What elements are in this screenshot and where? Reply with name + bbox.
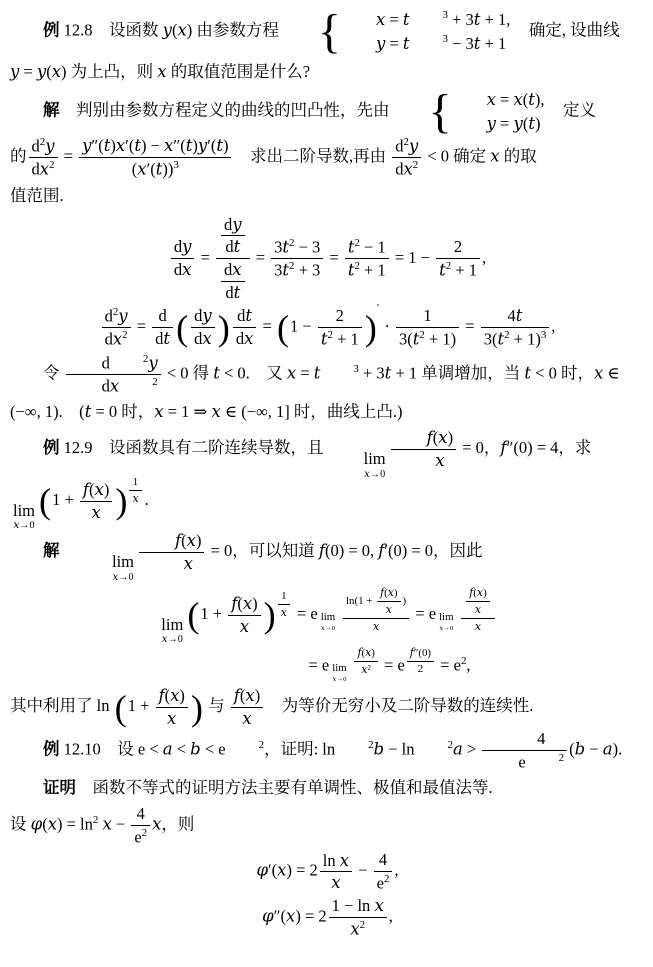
fraction: f(x)x [228, 594, 260, 637]
fraction: 13(t2 + 1) [396, 306, 459, 349]
denominator: 3t2 + 3 [271, 259, 323, 280]
math-variable: t [234, 237, 241, 256]
paragraph: 令 d2ydx2 < 0 得 t < 0. 又 x = t3 + 3t + 1 … [10, 353, 645, 429]
math-variable: t [474, 34, 481, 53]
math-variable: x [477, 586, 483, 599]
fraction: 1x [129, 476, 141, 506]
superscript: 2 [461, 655, 466, 668]
math-variable: y [409, 136, 418, 155]
math-variable: φ [31, 815, 43, 834]
math-variable: x [40, 160, 49, 179]
limit-operator: limx→0 [332, 663, 347, 684]
lim-word: lim [332, 663, 347, 674]
math-variable: f [378, 542, 384, 561]
fraction: f(x)x [231, 686, 263, 729]
numerator: 2 [318, 306, 362, 328]
text-line: y = y(x) 为上凸，则 x 的取值范围是什么? [10, 56, 645, 88]
paragraph: 解 limx→0f(x)x = 0，可以知道 f(0) = 0, f′(0) =… [10, 531, 645, 583]
denominator: dx [171, 259, 195, 280]
fraction: 1x [278, 590, 290, 620]
formula-line: dydx = dydtdxdt = 3t2 − 33t2 + 3 = t2 − … [10, 215, 645, 303]
math-variable: b [575, 739, 586, 758]
numerator: f(x) [80, 480, 112, 502]
fraction: t2 − 1t2 + 1 [345, 237, 389, 281]
denominator: 3(t2 + 1) [396, 328, 459, 349]
denominator: x [377, 602, 400, 617]
paragraph: 证明 函数不等式的证明方法主要有单调性、极值和最值法等.设 φ(x) = ln2… [10, 772, 645, 847]
denominator: dx2 [102, 328, 131, 349]
lim-word: lim [79, 554, 134, 571]
fraction: 4t3(t2 + 1)3 [481, 306, 550, 349]
math-variable: y [198, 136, 207, 155]
fraction: f(x)x [139, 531, 204, 574]
numerator: f(x)x [461, 586, 494, 619]
fraction: 2t2 + 1 [318, 306, 362, 349]
math-variable: y [513, 114, 522, 133]
denominator: e2 [131, 826, 150, 847]
cases-row: y = y(t) [454, 112, 545, 136]
math-variable: x [182, 260, 191, 279]
math-variable: x [154, 402, 163, 421]
math-variable: x [386, 603, 392, 616]
math-variable: φ [262, 907, 274, 926]
math-variable: x [245, 686, 254, 705]
math-variable: x [374, 896, 383, 915]
superscript: 2 [93, 814, 98, 827]
math-variable: x [403, 160, 412, 179]
fraction: y″(t)x′(t) − x″(t)y′(t)(x′(t))3 [79, 136, 231, 179]
numerator: 4t [481, 306, 550, 328]
numerator: f(x) [228, 594, 260, 616]
numerator: 1 [396, 306, 459, 328]
lim-word: lim [331, 451, 386, 468]
denominator: x [231, 708, 263, 729]
lim-word: lim [321, 612, 336, 623]
math-variable: x [152, 815, 161, 834]
superscript: 2 [119, 376, 157, 389]
formula-line: φ″(x) = 21 − ln xx2, [10, 896, 645, 939]
cases-group: {x = t3 + 3t + 1,y = t3 − 3t + 1 [285, 8, 510, 56]
math-variable: f [319, 542, 325, 561]
cases-row: x = x(t), [454, 88, 545, 112]
text-line: 设 φ(x) = ln2 x − 4e2x，则 [10, 804, 645, 847]
math-variable: y [10, 62, 19, 81]
math-variable: y [182, 237, 191, 256]
paren-group: (1 + f(x)x)1x [39, 480, 144, 523]
math-variable: y [487, 114, 496, 133]
math-variable: x [376, 10, 385, 29]
math-variable: x [110, 376, 119, 395]
superscript: 2 [419, 329, 424, 342]
math-variable: x [439, 624, 443, 632]
fraction: dxdt [221, 260, 245, 303]
numerator: f(x) [156, 686, 188, 708]
fraction: f(x)x [156, 686, 188, 729]
math-variable: t [186, 136, 193, 155]
math-variable: b [190, 739, 201, 758]
denominator: dt [152, 328, 173, 349]
fraction: d2ydx2 [392, 136, 421, 180]
numerator: ln(1 + f(x)x) [343, 586, 409, 619]
math-variable: x [48, 815, 57, 834]
fraction: dydt [221, 215, 245, 258]
denominator: dt [221, 236, 245, 257]
denominator: t2 + 1 [345, 259, 389, 280]
denominator: t2 + 1 [318, 328, 362, 349]
fraction: f″(0)2 [407, 646, 434, 676]
fraction: d2ydx2 [102, 306, 131, 350]
math-variable: x [102, 815, 111, 834]
math-variable: t [403, 34, 410, 53]
fraction: 4e2 [374, 850, 393, 893]
math-variable: x [331, 873, 340, 892]
numerator: d2y [29, 136, 58, 158]
math-variable: x [116, 136, 125, 155]
math-variable: x [350, 920, 359, 939]
math-variable: t [245, 306, 252, 325]
paragraph: 例 12.8 设函数 y(x) 由参数方程 {x = t3 + 3t + 1,y… [10, 8, 645, 88]
numerator: f(x) [231, 686, 263, 708]
fraction: 1 − ln xx2 [329, 896, 387, 939]
bold-label: 解 [43, 102, 60, 120]
text-line: 值范围. [10, 180, 645, 212]
denominator: t2 + 1 [436, 259, 480, 280]
math-variable: x [490, 146, 499, 165]
numerator: dy [171, 237, 195, 259]
superscript: 2 [415, 739, 453, 752]
textbook-page: 例 12.8 设函数 y(x) 由参数方程 {x = t3 + 3t + 1,y… [0, 0, 653, 967]
math-variable: a [603, 739, 613, 758]
math-variable: x [388, 586, 394, 599]
math-variable: t [385, 363, 392, 382]
math-variable: x [243, 594, 252, 613]
denominator: dx2 [392, 158, 421, 179]
math-variable: x [164, 136, 173, 155]
superscript: f″(0)2 [405, 646, 436, 676]
numerator: 4 [374, 850, 393, 872]
fraction: ln xx [320, 851, 352, 894]
math-variable: t [163, 329, 170, 348]
lim-under: x→0 [162, 635, 183, 645]
math-variable: t [216, 136, 223, 155]
math-variable: x [137, 159, 146, 178]
denominator: dx [233, 328, 257, 349]
math-variable: x [184, 554, 193, 573]
text-line: 证明 函数不等式的证明方法主要有单调性、极值和最值法等. [10, 772, 645, 804]
denominator: x [278, 605, 290, 620]
math-variable: f [231, 594, 237, 613]
math-variable: f [380, 586, 384, 599]
text-line: 解 判别由参数方程定义的曲线的凹凸性，先由 {x = x(t),y = y(t)… [10, 88, 645, 136]
math-variable: x [202, 329, 211, 348]
cases-row: y = t3 − 3t + 1 [343, 32, 510, 56]
lim-word: lim [161, 617, 183, 634]
superscript: limx→0 f(x)x2 [329, 646, 380, 684]
display-formula: φ′(x) = 2ln xx − 4e2, [10, 850, 645, 893]
denominator: dt [221, 282, 245, 303]
math-variable: a [163, 739, 173, 758]
paren-group: (1 − 2t2 + 1)′ [277, 306, 379, 349]
superscript: 3 [410, 9, 448, 22]
fraction: f(x)xx [461, 586, 494, 634]
math-variable: b [374, 739, 385, 758]
math-variable: f [410, 646, 414, 659]
fraction: d2ydx2 [29, 136, 58, 180]
formula-line: d2ydx2 = ddt(dydx)dtdx = (1 − 2t2 + 1)′ … [10, 306, 645, 350]
denominator: e2 [482, 751, 567, 772]
math-variable: x [333, 675, 337, 683]
math-variable: t [156, 159, 163, 178]
lim-under: x→0 [333, 676, 347, 684]
math-variable: f [357, 646, 361, 659]
superscript: 2 [289, 237, 294, 250]
denominator: dx [191, 328, 215, 349]
formula-line: limx→0(1 + f(x)x)1x = elimx→0 ln(1 + f(x… [10, 586, 645, 646]
numerator: 4 [482, 729, 567, 751]
fraction: 4e2 [131, 804, 150, 847]
superscript: 2 [526, 752, 564, 765]
text-line: 例 12.10 设 e < a < b < e2，证明: ln2b − ln2a… [10, 729, 645, 772]
page-content: 例 12.8 设函数 y(x) 由参数方程 {x = t3 + 3t + 1,y… [10, 8, 645, 940]
math-variable: t [234, 283, 241, 302]
paren-inner: 1 − 2t2 + 1 [290, 306, 364, 349]
math-variable: x [321, 624, 325, 632]
fraction: 3t2 − 33t2 + 3 [271, 237, 323, 281]
limit-operator: limx→0 [331, 451, 386, 480]
fraction: ddt [152, 306, 173, 349]
lim-under: x→0 [321, 625, 335, 633]
fraction: dydtdxdt [216, 215, 250, 303]
bold-label: 例 [43, 740, 60, 758]
math-variable: y [45, 136, 54, 155]
math-variable: x [364, 469, 370, 480]
numerator: 1 [129, 476, 141, 491]
math-variable: x [211, 402, 220, 421]
numerator: d2y [102, 306, 131, 328]
limit-operator: limx→0 [321, 612, 336, 633]
limit-operator: limx→0 [79, 554, 134, 583]
math-variable: y [82, 136, 91, 155]
text-line: 解 limx→0f(x)x = 0，可以知道 f(0) = 0, f′(0) =… [10, 531, 645, 583]
math-variable: t [524, 363, 531, 382]
text-line: (−∞, 1). (t = 0 时，x = 1 ⇒ x ∈ (−∞, 1] 时，… [10, 396, 645, 428]
fraction: f(x)x [377, 586, 400, 617]
text-line: limx→0(1 + f(x)x)1x. [10, 480, 645, 532]
numerator: dx [221, 260, 245, 282]
superscript: 2 [289, 260, 294, 273]
math-variable: x [475, 603, 481, 616]
paragraph: 解 判别由参数方程定义的曲线的凹凸性，先由 {x = x(t),y = y(t)… [10, 88, 645, 212]
math-variable: t [528, 90, 535, 109]
superscript: 2 [142, 827, 147, 840]
math-variable: x [487, 90, 496, 109]
paren-inner: 1 + f(x)x [200, 594, 262, 637]
paragraph: 其中利用了 ln (1 + f(x)x) 与 f(x)x 为等价无穷小及二阶导数… [10, 686, 645, 729]
math-variable: t [516, 306, 523, 325]
numerator: dydt [216, 215, 250, 260]
math-variable: x [287, 363, 296, 382]
numerator: f(x) [139, 531, 204, 553]
math-variable: t [104, 136, 111, 155]
superscript: 2 [110, 353, 148, 366]
numerator: d2y [66, 353, 161, 375]
bold-label: 例 [43, 22, 60, 40]
math-variable: x [594, 363, 603, 382]
fraction: d2ydx2 [66, 353, 161, 397]
denominator: dxdt [216, 259, 250, 303]
math-variable: t [497, 329, 504, 348]
math-variable: x [91, 503, 100, 522]
math-variable: t [348, 261, 355, 280]
fraction: 2t2 + 1 [436, 237, 480, 280]
denominator: dx2 [29, 158, 58, 179]
limit-operator: limx→0 [13, 503, 35, 532]
superscript: 2 [354, 260, 359, 273]
numerator: f(x) [391, 428, 456, 450]
bold-label: 例 [43, 439, 60, 457]
math-variable: x [513, 90, 522, 109]
superscript: 3 [410, 33, 448, 46]
superscript: 2 [354, 237, 359, 250]
math-variable: x [435, 451, 444, 470]
text-line: 例 12.8 设函数 y(x) 由参数方程 {x = t3 + 3t + 1,y… [10, 8, 645, 56]
paren-inner: 1 + f(x)x [128, 686, 190, 729]
cases-group: {x = x(t),y = y(t) [396, 88, 545, 136]
denominator: x [80, 502, 112, 523]
math-variable: y [232, 215, 241, 234]
denominator: x [228, 616, 260, 637]
superscript: 2 [360, 919, 365, 932]
math-variable: x [113, 330, 122, 349]
lim-under: x→0 [439, 625, 453, 633]
denominator: x [156, 708, 188, 729]
math-variable: y [376, 34, 385, 53]
math-variable: f [469, 586, 473, 599]
fraction: f(x)x2 [354, 646, 377, 677]
superscript: ′ [377, 302, 379, 315]
math-variable: t [85, 402, 92, 421]
denominator: e2 [374, 872, 393, 893]
math-variable: t [282, 237, 289, 256]
math-variable: x [95, 480, 104, 499]
paren-group: (1 + f(x)x) [115, 686, 203, 729]
denominator: x [461, 619, 494, 634]
superscript: 3 [173, 159, 178, 172]
numerator: dy [191, 306, 215, 328]
numerator: 1 [278, 590, 290, 605]
superscript: limx→0 f(x)xx [436, 586, 497, 634]
math-variable: t [282, 261, 289, 280]
math-variable: x [277, 861, 286, 880]
math-variable: f [427, 428, 433, 447]
superscript: 2 [413, 159, 418, 172]
math-variable: x [170, 686, 179, 705]
lim-word: lim [13, 503, 35, 520]
denominator: x [343, 619, 409, 634]
cases-rows: x = x(t),y = y(t) [454, 88, 545, 136]
math-variable: x [438, 428, 447, 447]
lim-under: x→0 [331, 470, 385, 480]
paragraph: 例 12.10 设 e < a < b < e2，证明: ln2b − ln2a… [10, 729, 645, 772]
denominator: x2 [329, 918, 387, 939]
superscript: 3 [541, 329, 546, 342]
denominator: x2 [354, 662, 377, 677]
math-variable: t [321, 329, 328, 348]
math-variable: t [213, 363, 220, 382]
denominator: dx2 [66, 375, 161, 396]
fraction: dtdx [233, 306, 257, 349]
numerator: d2y [392, 136, 421, 158]
math-variable: y [118, 306, 127, 325]
fraction: f(x)x [391, 428, 456, 471]
limit-operator: limx→0 [161, 617, 183, 646]
display-formula: limx→0(1 + f(x)x)1x = elimx→0 ln(1 + f(x… [10, 586, 645, 683]
numerator: dt [233, 306, 257, 328]
numerator: f(x) [466, 586, 489, 602]
math-variable: y [163, 21, 172, 40]
math-variable: t [413, 329, 420, 348]
paren-inner: dydx [189, 306, 217, 349]
numerator: ln x [320, 851, 352, 873]
math-variable: t [134, 136, 141, 155]
math-variable: x [242, 709, 251, 728]
superscript: 1x [276, 590, 292, 620]
superscript: 2 [446, 260, 451, 273]
math-variable: t [439, 261, 446, 280]
math-variable: f [234, 686, 240, 705]
cases-rows: x = t3 + 3t + 1,y = t3 − 3t + 1 [343, 8, 510, 56]
display-formula: dydx = dydtdxdt = 3t2 − 33t2 + 3 = t2 − … [10, 215, 645, 303]
text-line: 令 d2ydx2 < 0 得 t < 0. 又 x = t3 + 3t + 1 … [10, 353, 645, 397]
math-variable: x [157, 62, 166, 81]
math-variable: φ [256, 861, 268, 880]
denominator: x [320, 872, 352, 893]
math-variable: y [37, 62, 46, 81]
fraction: ln(1 + f(x)x)x [343, 586, 409, 634]
denominator: x [129, 491, 141, 506]
superscript: 2 [328, 329, 333, 342]
numerator: 3t2 − 3 [271, 237, 323, 259]
math-variable: x [13, 520, 19, 531]
math-variable: f [175, 531, 181, 550]
math-variable: x [132, 492, 138, 505]
denominator: x [391, 450, 456, 471]
math-variable: x [340, 851, 349, 870]
math-variable: y [148, 353, 157, 372]
superscript: 2 [226, 739, 264, 752]
numerator: f(x) [377, 586, 400, 602]
superscript: 2 [335, 739, 373, 752]
paragraph: 例 12.9 设函数具有二阶连续导数，且 limx→0f(x)x = 0，f″(… [10, 428, 645, 531]
math-variable: x [232, 260, 241, 279]
text-line: 的d2ydx2 = y″(t)x′(t) − x″(t)y′(t)(x′(t))… [10, 136, 645, 180]
math-variable: x [112, 572, 118, 583]
numerator: 2 [436, 237, 480, 259]
math-variable: t [348, 237, 355, 256]
denominator: 2 [407, 662, 434, 676]
denominator: 3(t2 + 1)3 [481, 328, 550, 349]
math-variable: x [162, 634, 168, 645]
fraction: 4e2 [482, 729, 567, 772]
display-formula: φ″(x) = 21 − ln xx2, [10, 896, 645, 939]
denominator: x [139, 553, 204, 574]
formula-line: = elimx→0 f(x)x2 = ef″(0)2 = e2, [72, 646, 653, 684]
math-variable: x [475, 620, 481, 633]
numerator: 1 − ln x [329, 896, 387, 918]
math-variable: x [244, 329, 253, 348]
superscript: 3 [320, 363, 358, 376]
fraction: dydx [171, 237, 195, 280]
